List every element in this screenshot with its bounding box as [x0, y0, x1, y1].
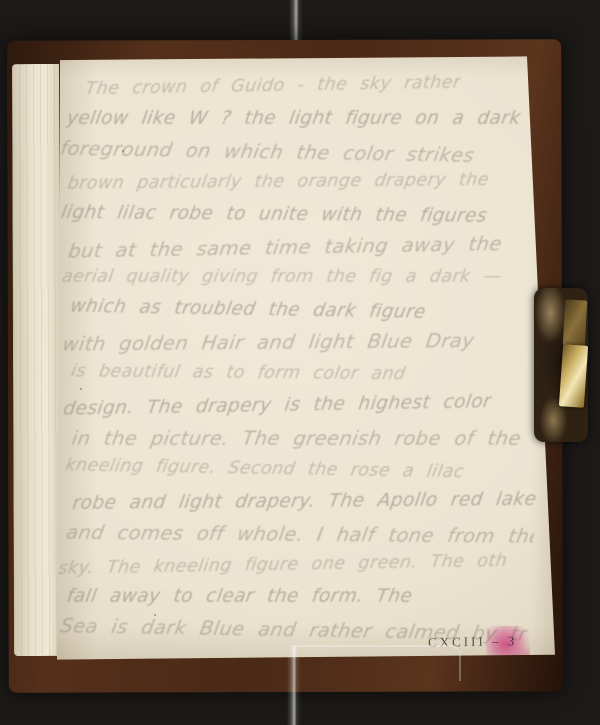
handwriting-line: The crown of Guido - the sky rather: [84, 73, 462, 100]
handwriting-line: fall away to clear the form. The: [65, 586, 414, 607]
paper-speck: [154, 614, 156, 616]
paper-speck: [122, 150, 124, 152]
handwriting-line: yellow like W ? the light figure on a da…: [65, 108, 522, 129]
mount-strap-bottom-edge: [297, 645, 461, 681]
handwriting-line: which as troubled the dark figure: [69, 296, 428, 323]
handwriting-line: kneeling figure. Second the rose a lilac: [64, 455, 466, 482]
sketchbook-page: The crown of Guido - the sky ratheryello…: [56, 54, 556, 662]
paper-speck: [80, 388, 82, 390]
brass-clasp: [559, 344, 588, 408]
handwriting-line: sky. The kneeling figure one green. The …: [57, 551, 509, 579]
handwriting-line: with golden Hair and light Blue Dray: [61, 329, 476, 356]
sketchbook-photograph: The crown of Guido - the sky ratheryello…: [0, 0, 600, 725]
handwriting-line: brown particularly the orange drapery th…: [66, 170, 490, 194]
handwriting-block: The crown of Guido - the sky ratheryello…: [56, 54, 556, 662]
page-stack-edge: [12, 64, 61, 656]
brass-clasp-upper: [563, 299, 587, 346]
handwriting-line: in the picture. The greenish robe of the: [70, 427, 523, 450]
handwriting-line: is beautiful as to form color and: [70, 362, 407, 385]
handwriting-line: but at the same time taking away the: [67, 232, 504, 263]
handwriting-line: light lilac robe to unite with the figur…: [60, 202, 489, 227]
handwriting-line: design. The drapery is the highest color: [62, 391, 493, 419]
handwriting-line: and comes off whole. I half tone from th…: [64, 521, 535, 548]
handwriting-line: aerial quality giving from the fig a dar…: [60, 267, 503, 287]
handwriting-line: robe and light drapery. The Apollo red l…: [71, 489, 538, 514]
